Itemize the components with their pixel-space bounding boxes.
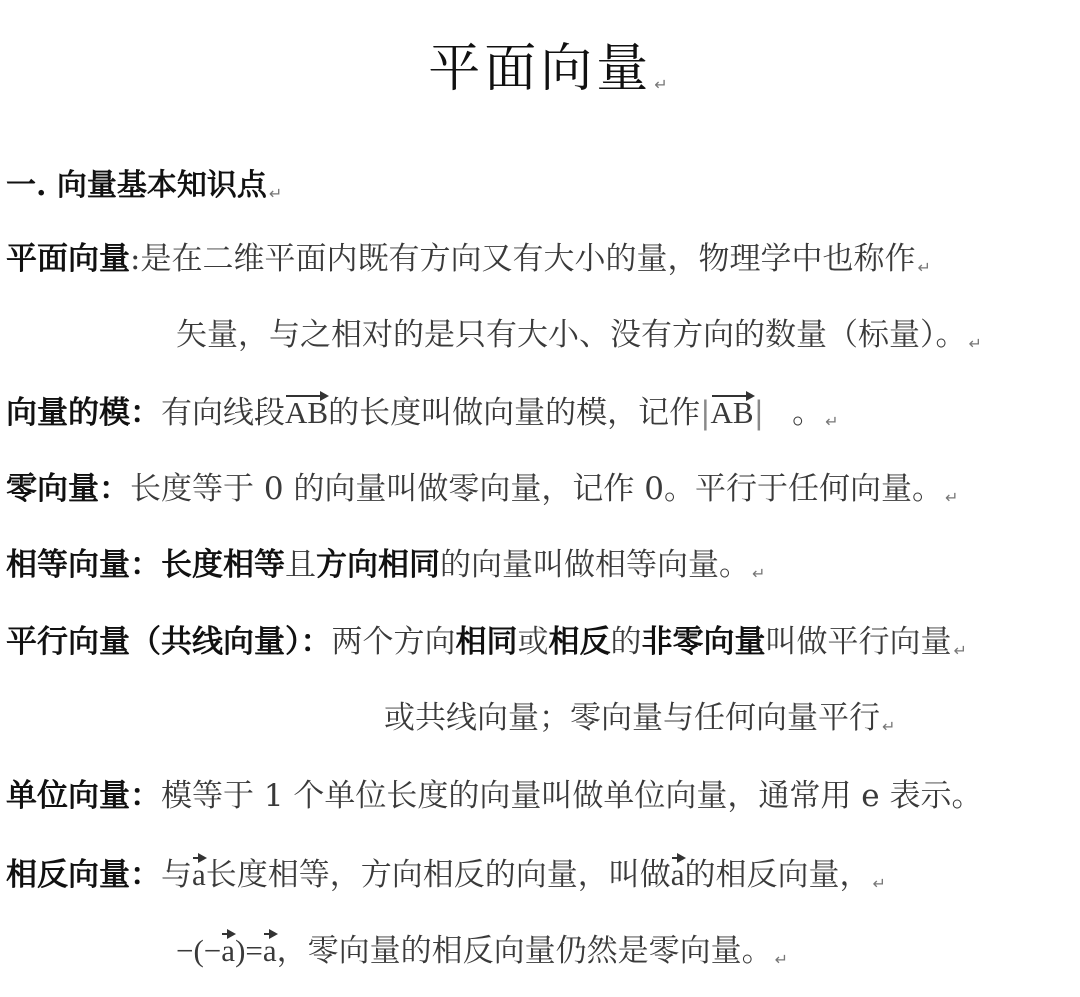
- definition-text: 与: [161, 857, 192, 893]
- vector-ab-abs: AB: [711, 391, 754, 435]
- definition-parallel-vector-continued: 或共线向量；零向量与任何向量平行↵: [384, 696, 895, 749]
- section-heading: 一. 向量基本知识点↵: [6, 160, 282, 204]
- definition-text: 叫做平行向量: [766, 624, 952, 660]
- ending-punct: 。: [792, 395, 823, 431]
- emphasis-text: 非零向量: [642, 624, 766, 660]
- paragraph-mark-icon: ↵: [954, 641, 967, 660]
- definition-text: 有向线段: [161, 395, 285, 431]
- definition-text: 矢量，与之相对的是只有大小、没有方向的数量（标量）。: [176, 317, 967, 353]
- definition-equal-vector: 相等向量：长度相等且方向相同的向量叫做相等向量。↵: [6, 543, 765, 596]
- definition-opposite-vector: 相反向量：与a长度相等，方向相反的向量，叫做a的相反向量，↵: [6, 853, 886, 906]
- separator: ：: [130, 857, 161, 893]
- definition-text: 两个方向: [332, 624, 456, 660]
- definition-text: 模等于 1 个单位长度的向量叫做单位向量，通常用 e 表示。: [161, 778, 982, 814]
- definition-text: 是在二维平面内既有方向又有大小的量，物理学中也称作: [140, 241, 915, 277]
- vector-a: a: [671, 853, 685, 897]
- definition-text: 长度相等，方向相反的向量，叫做: [206, 857, 671, 893]
- formula-suffix: ，: [277, 933, 308, 969]
- definition-text: 的: [611, 624, 642, 660]
- emphasis-text: 方向相同: [316, 547, 440, 583]
- definition-opposite-vector-continued: −(−a)=a，零向量的相反向量仍然是零向量。↵: [176, 929, 788, 982]
- definition-magnitude: 向量的模：有向线段AB的长度叫做向量的模，记作|AB|。↵: [6, 391, 838, 444]
- term-opposite-vector: 相反向量: [6, 857, 130, 893]
- vector-ab: AB: [285, 391, 328, 435]
- definition-text: 且: [285, 547, 316, 583]
- abs-bar-right: |: [754, 391, 764, 435]
- page-title: 平面向量↵: [0, 26, 1080, 101]
- paragraph-mark-icon: ↵: [269, 184, 282, 203]
- paragraph-mark-icon: ↵: [654, 75, 671, 94]
- vector-a: a: [192, 853, 206, 897]
- title-text: 平面向量: [428, 39, 652, 99]
- definition-text: 或共线向量；零向量与任何向量平行: [384, 700, 880, 736]
- separator: ：: [130, 778, 161, 814]
- vector-a: a: [221, 929, 235, 973]
- term-unit-vector: 单位向量: [6, 778, 130, 814]
- definition-unit-vector: 单位向量：模等于 1 个单位长度的向量叫做单位向量，通常用 e 表示。: [6, 774, 982, 818]
- emphasis-text: 相同: [456, 624, 518, 660]
- definition-plane-vector: 平面向量:是在二维平面内既有方向又有大小的量，物理学中也称作↵: [6, 237, 931, 290]
- definition-text: 的向量叫做相等向量。: [440, 547, 750, 583]
- paragraph-mark-icon: ↵: [882, 717, 895, 736]
- term-equal-vector: 相等向量: [6, 547, 130, 583]
- paragraph-mark-icon: ↵: [775, 950, 788, 969]
- separator: ：: [130, 547, 161, 583]
- separator: ：: [301, 624, 332, 660]
- separator: :: [130, 241, 140, 277]
- definition-plane-vector-continued: 矢量，与之相对的是只有大小、没有方向的数量（标量）。↵: [176, 313, 982, 366]
- definition-text: 或: [518, 624, 549, 660]
- definition-text: 零向量的相反向量仍然是零向量。: [308, 933, 773, 969]
- emphasis-text: 相反: [549, 624, 611, 660]
- section-heading-text: 一. 向量基本知识点: [6, 168, 267, 203]
- paragraph-mark-icon: ↵: [825, 412, 838, 431]
- emphasis-text: 长度相等: [161, 547, 285, 583]
- definition-zero-vector: 零向量：长度等于 0 的向量叫做零向量，记作 0。平行于任何向量。↵: [6, 467, 958, 520]
- abs-bar-left: |: [700, 391, 710, 435]
- vector-a: a: [263, 929, 277, 973]
- paragraph-mark-icon: ↵: [969, 334, 982, 353]
- formula-prefix: −(−: [176, 933, 221, 968]
- paragraph-mark-icon: ↵: [945, 488, 958, 507]
- term-zero-vector: 零向量: [6, 471, 99, 507]
- separator: ：: [99, 471, 130, 507]
- definition-text: 的长度叫做向量的模，记作: [328, 395, 700, 431]
- separator: ：: [130, 395, 161, 431]
- definition-text: 的相反向量，: [685, 857, 871, 893]
- formula-mid: )=: [235, 933, 263, 968]
- paragraph-mark-icon: ↵: [873, 874, 886, 893]
- term-plane-vector: 平面向量: [6, 241, 130, 277]
- definition-parallel-vector: 平行向量（共线向量）：两个方向相同或相反的非零向量叫做平行向量↵: [6, 620, 967, 673]
- term-parallel-vector: 平行向量（共线向量）: [6, 624, 301, 660]
- definition-text: 长度等于 0 的向量叫做零向量，记作 0。平行于任何向量。: [130, 471, 943, 507]
- term-magnitude: 向量的模: [6, 395, 130, 431]
- paragraph-mark-icon: ↵: [917, 258, 930, 277]
- paragraph-mark-icon: ↵: [752, 564, 765, 583]
